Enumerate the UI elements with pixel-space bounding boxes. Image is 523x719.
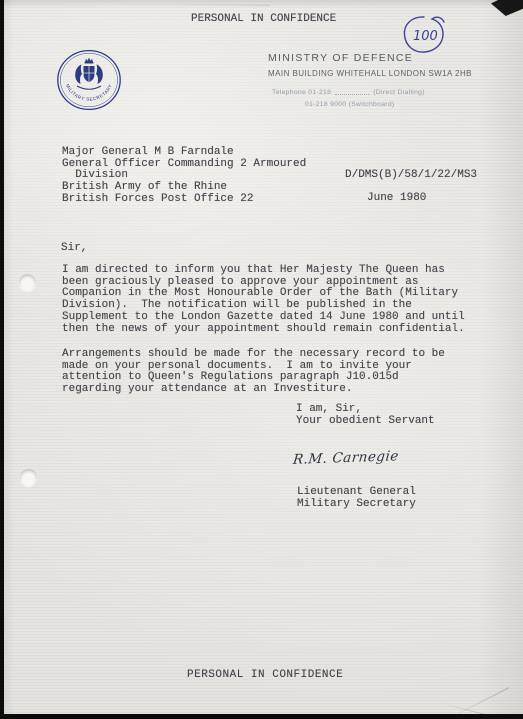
telephone-suffix: (Direct Dialling) [373,89,425,96]
salutation: Sir, [61,243,87,255]
scanned-letter-page: PERSONAL IN CONFIDENCE 100 MILITARY SECR… [0,0,523,719]
telephone-blank-line [335,88,369,95]
crest-motto-text: MILITARY SECRETARY [65,83,113,102]
signatory-rank-title: Lieutenant General Military Secretary [297,487,416,510]
svg-text:MILITARY SECRETARY: MILITARY SECRETARY [65,83,113,102]
military-secretary-crest-icon: MILITARY SECRETARY [56,49,122,111]
letter-date: June 1980 [367,193,426,205]
scan-corner-mark [491,0,523,16]
recipient-address-block: Major General M B Farndale General Offic… [62,147,306,206]
scroll-icon [77,86,101,89]
letterhead-department: MINISTRY OF DEFENCE [268,52,413,64]
body-paragraph-1: I am directed to inform you that Her Maj… [62,265,465,335]
complimentary-closing: I am, Sir, Your obedient Servant [296,404,435,427]
lion-supporter-icon [75,65,82,85]
handwritten-signature: R.M. Carnegie [292,448,399,468]
classification-footer: PERSONAL IN CONFIDENCE [187,670,343,682]
telephone-prefix: Telephone 01-218 [272,89,331,96]
reference-number: D/DMS(B)/58/1/22/MS3 [345,170,477,182]
letterhead-telephone-line: Telephone 01-218 (Direct Dialling) [272,88,425,96]
classification-header: PERSONAL IN CONFIDENCE [191,14,336,26]
unicorn-supporter-icon [96,65,103,85]
letterhead-switchboard: 01-218 9000 (Switchboard) [305,101,395,108]
scan-edge-bottom [0,714,523,719]
crown-icon [85,58,93,62]
letterhead-address: MAIN BUILDING WHITEHALL LONDON SW1A 2HB [268,69,472,78]
page-number-text: 100 [413,29,438,44]
scan-edge-left [0,0,4,719]
paper-crease [150,3,270,6]
hole-punch [20,469,37,486]
hole-punch [19,274,36,291]
body-paragraph-2: Arrangements should be made for the nece… [62,349,445,396]
